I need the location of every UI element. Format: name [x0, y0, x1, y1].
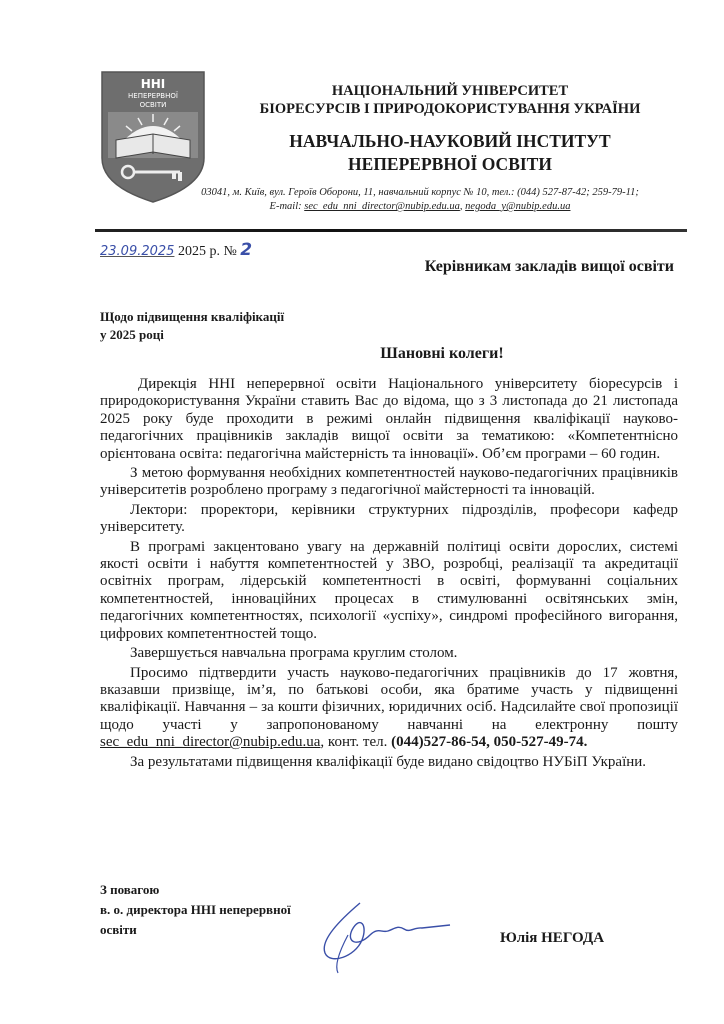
contact-phones: (044)527-86-54, 050-527-49-74. [391, 734, 587, 750]
svg-text:НЕПЕРЕРВНОЇ: НЕПЕРЕРВНОЇ [128, 91, 179, 100]
email-link-negoda[interactable]: negoda_y@nubip.edu.ua [465, 201, 570, 212]
paragraph-program: З метою формування необхідних компетентн… [100, 465, 678, 500]
institute-name-line1: НАВЧАЛЬНО-НАУКОВИЙ ІНСТИТУТ [220, 130, 680, 153]
paragraph-round-table: Завершується навчальна програма круглим … [100, 645, 678, 662]
paragraph-announcement: Дирекція ННІ неперервної освіти Націонал… [100, 376, 678, 463]
svg-text:ННІ: ННІ [141, 77, 166, 91]
subject-line1: Щодо підвищення кваліфікації [100, 308, 284, 326]
university-name-line2: БІОРЕСУРСІВ І ПРИРОДОКОРИСТУВАННЯ УКРАЇН… [220, 100, 680, 118]
paragraph-lecturers: Лектори: проректори, керівники структурн… [100, 502, 678, 537]
email-label: E-mail: [270, 201, 305, 212]
signoff-block: З повагою в. о. директора ННІ неперервно… [100, 880, 291, 940]
signature-icon [300, 895, 470, 975]
addressee: Керівникам закладів вищої освіти [425, 258, 674, 276]
subject: Щодо підвищення кваліфікації у 2025 році [100, 308, 284, 344]
university-name: НАЦІОНАЛЬНИЙ УНІВЕРСИТЕТ БІОРЕСУРСІВ І П… [220, 82, 680, 118]
paragraph-topics: В програмі закцентовано увагу на державн… [100, 539, 678, 643]
reference-line: 23.09.2025 2025 р. № 2 [100, 240, 252, 260]
signoff-position: в. о. директора ННІ неперервної [100, 900, 291, 920]
svg-text:ОСВІТИ: ОСВІТИ [140, 101, 167, 109]
signatory-name: Юлія НЕГОДА [500, 930, 604, 947]
handwritten-signature [300, 895, 470, 975]
postal-address: 03041, м. Київ, вул. Героїв Оборони, 11,… [160, 186, 680, 200]
signoff-position-cont: освіти [100, 920, 291, 940]
handwritten-number: 2 [240, 240, 252, 260]
paragraph-confirmation: Просимо підтвердити участь науково-педаг… [100, 665, 678, 752]
university-name-line1: НАЦІОНАЛЬНИЙ УНІВЕРСИТЕТ [220, 82, 680, 100]
quote-close: » [467, 446, 475, 462]
email-link-director[interactable]: sec_edu_nni_director@nubip.edu.ua [304, 201, 460, 212]
greeting: Шановні колеги! [0, 345, 724, 363]
year-number-label: 2025 р. № [174, 244, 240, 259]
letterhead-divider [95, 229, 687, 232]
contact-address: 03041, м. Київ, вул. Героїв Оборони, 11,… [160, 186, 680, 214]
letter-body: Дирекція ННІ неперервної освіти Націонал… [100, 376, 678, 773]
institute-name: НАВЧАЛЬНО-НАУКОВИЙ ІНСТИТУТ НЕПЕРЕРВНОЇ … [220, 130, 680, 176]
paragraph-text: , конт. тел. [320, 734, 391, 750]
shield-emblem-icon: ННІ НЕПЕРЕРВНОЇ ОСВІТИ [100, 70, 206, 204]
handwritten-date: 23.09.2025 [100, 244, 174, 259]
paragraph-text: Просимо підтвердити участь науково-педаг… [100, 665, 678, 733]
subject-line2: у 2025 році [100, 326, 284, 344]
body-email-link[interactable]: sec_edu_nni_director@nubip.edu.ua [100, 734, 320, 750]
paragraph-certificate: За результатами підвищення кваліфікації … [100, 754, 678, 771]
signoff-regards: З повагою [100, 880, 291, 900]
institute-name-line2: НЕПЕРЕРВНОЇ ОСВІТИ [220, 153, 680, 176]
institute-logo: ННІ НЕПЕРЕРВНОЇ ОСВІТИ [100, 70, 206, 204]
paragraph-text: . Об’єм програми – 60 годин. [475, 446, 661, 462]
email-line: E-mail: sec_edu_nni_director@nubip.edu.u… [160, 200, 680, 214]
